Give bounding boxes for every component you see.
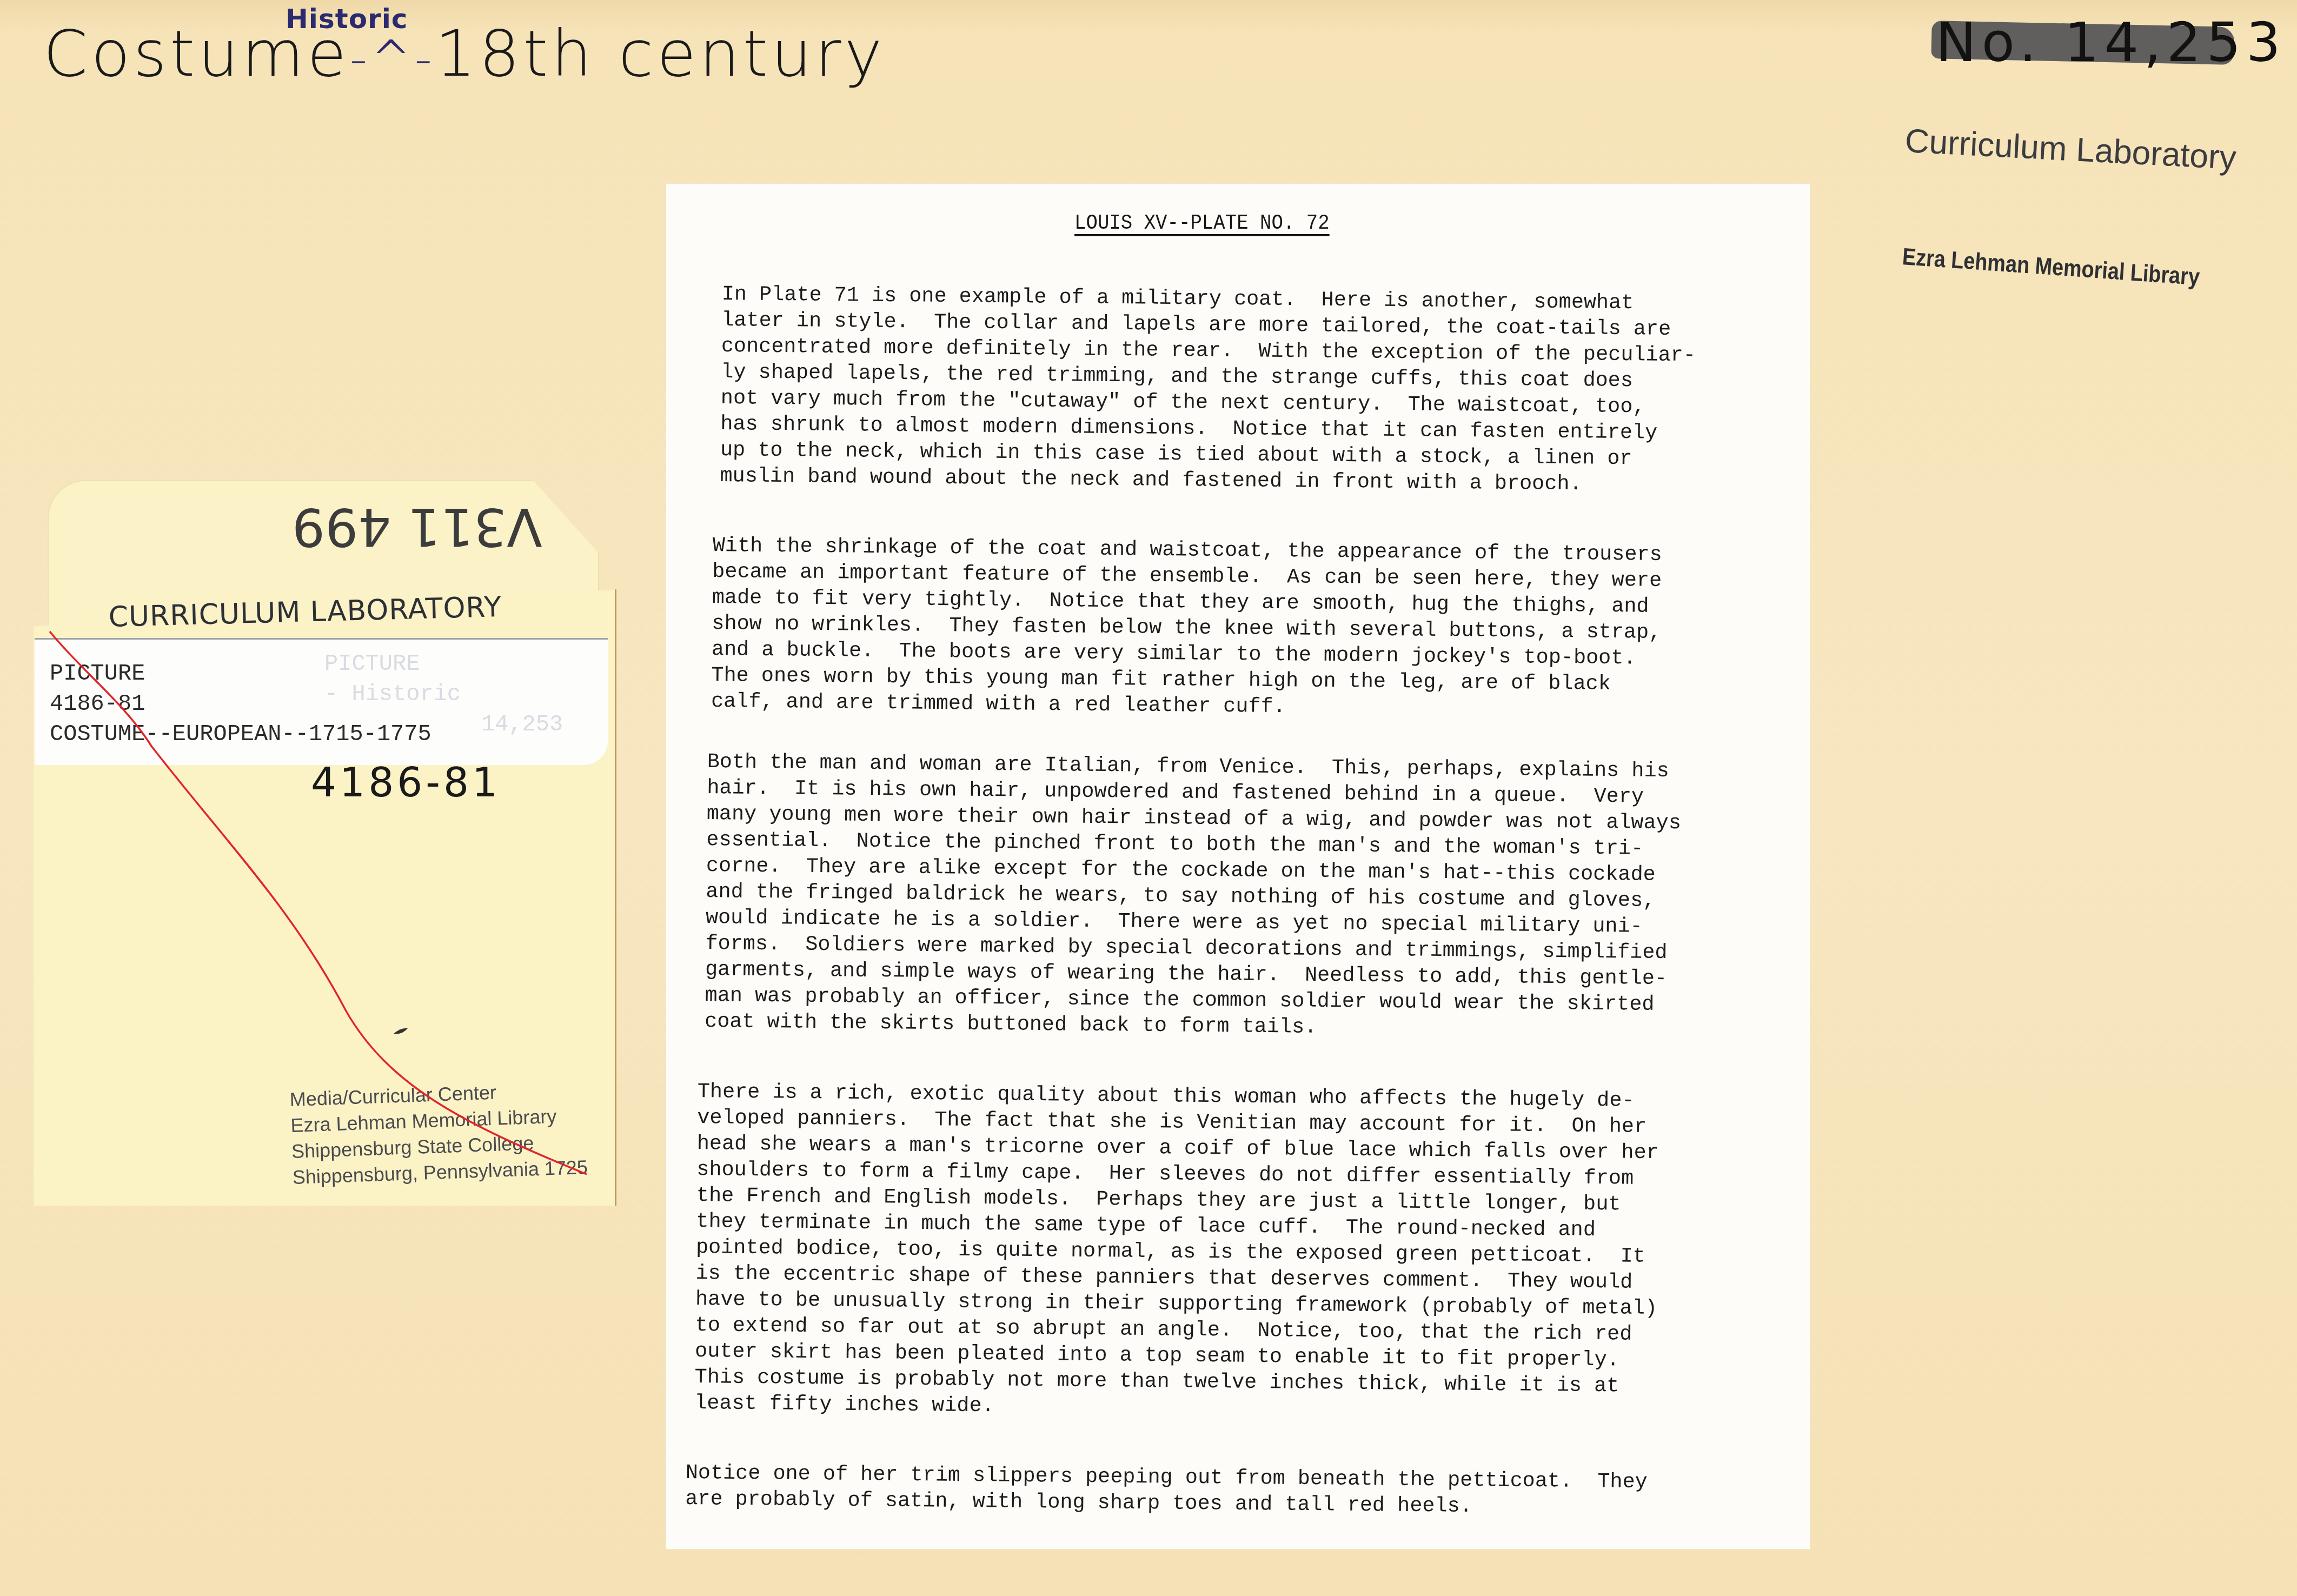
address-line: Media/Curricular Center: [289, 1081, 496, 1110]
address-line: Shippensburg State College: [291, 1132, 534, 1162]
label-line-call-number: 4186-81: [50, 691, 145, 717]
pocket-address-stamp: Media/Curricular Center Ezra Lehman Memo…: [289, 1076, 588, 1191]
label-line-subject: COSTUME--EUROPEAN--1715-1775: [50, 721, 431, 747]
pocket-label-text: PICTURE 4186-81 COSTUME--EUROPEAN--1715-…: [50, 659, 431, 749]
label-line-type: PICTURE: [50, 661, 145, 687]
card-handwritten-code: V311 499: [292, 496, 542, 557]
paragraph-5: Notice one of her trim slippers peeping …: [685, 1460, 1648, 1521]
accession-number: No. 14,253: [1936, 11, 2286, 74]
address-line: Ezra Lehman Memorial Library: [290, 1105, 557, 1136]
pocket-handwritten-number: 4186-81: [311, 760, 501, 806]
paragraph-4: There is a rich, exotic quality about th…: [694, 1079, 1659, 1425]
stamp-library: Ezra Lehman Memorial Library: [1902, 243, 2201, 291]
paragraph-1: In Plate 71 is one example of a military…: [720, 281, 1696, 498]
title-part-century: 18th century: [435, 16, 885, 91]
paragraph-2: With the shrinkage of the coat and waist…: [711, 533, 1662, 723]
stamp-curriculum-laboratory: Curriculum Laboratory: [1904, 122, 2237, 177]
title-part-costume: Costume: [43, 16, 350, 91]
handwritten-title: Costume-^-18th century: [43, 16, 885, 91]
paragraph-3: Both the man and woman are Italian, from…: [705, 749, 1682, 1043]
insertion-caret: -^-: [350, 31, 435, 88]
document-title: LOUIS XV--PLATE NO. 72: [1074, 212, 1330, 235]
